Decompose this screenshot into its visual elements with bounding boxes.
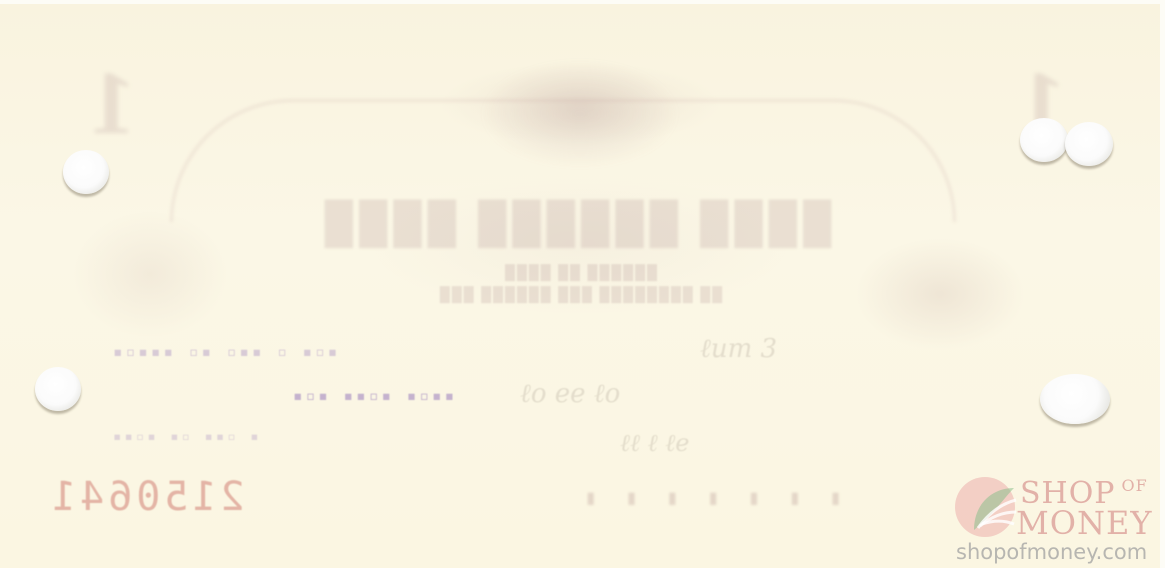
watermark-url: shopofmoney.com (956, 540, 1147, 564)
watermark-brand-line-2: MONEY (1016, 504, 1152, 542)
punch-hole-icon (35, 367, 81, 411)
bleed-through-title: ████ ██████ ████ (315, 199, 835, 246)
punch-hole-icon (1020, 118, 1068, 162)
leaf-circle-logo-icon (952, 474, 1018, 540)
bleed-through-subtitle-1: ██████ ██ ████ (420, 266, 740, 282)
bleed-through-bottom-row: ▮ ▮ ▮ ▮ ▮ ▮ ▮ (420, 488, 840, 508)
bleed-through-denomination-left: 1 (90, 52, 135, 155)
purple-stamp-line-2: ▪▪▫▪ ▪▫▪▪ ▪▫▪ (290, 386, 454, 405)
punch-hole-icon (1040, 374, 1110, 424)
embossed-signature-3: ℓℓ ℓ ℓe (620, 429, 689, 458)
shop-of-money-watermark: SHOPOF MONEY shopofmoney.com (950, 470, 1160, 565)
embossed-signature-2: ℓo ee ℓo (520, 379, 620, 409)
bleed-through-crest (480, 59, 680, 169)
bleed-through-subtitle-2: ██ ████████ ███ ██████ ███ (370, 288, 790, 304)
punch-hole-icon (1065, 122, 1113, 166)
purple-stamp-line-1: ▪▫▪ ▫ ▪▪▫ ▪▫ ▪▪▪▫▪ (110, 342, 337, 361)
embossed-signature-1: ℓum 3 (700, 334, 777, 364)
serial-number: 2150641 (48, 474, 245, 520)
punch-hole-icon (63, 150, 109, 194)
watermark-of: OF (1122, 476, 1148, 495)
purple-stamp-line-3: ▪ ▫▪▪ ▫▪ ▪▫▪▪ (110, 429, 259, 445)
scan-right-edge (1160, 0, 1165, 568)
